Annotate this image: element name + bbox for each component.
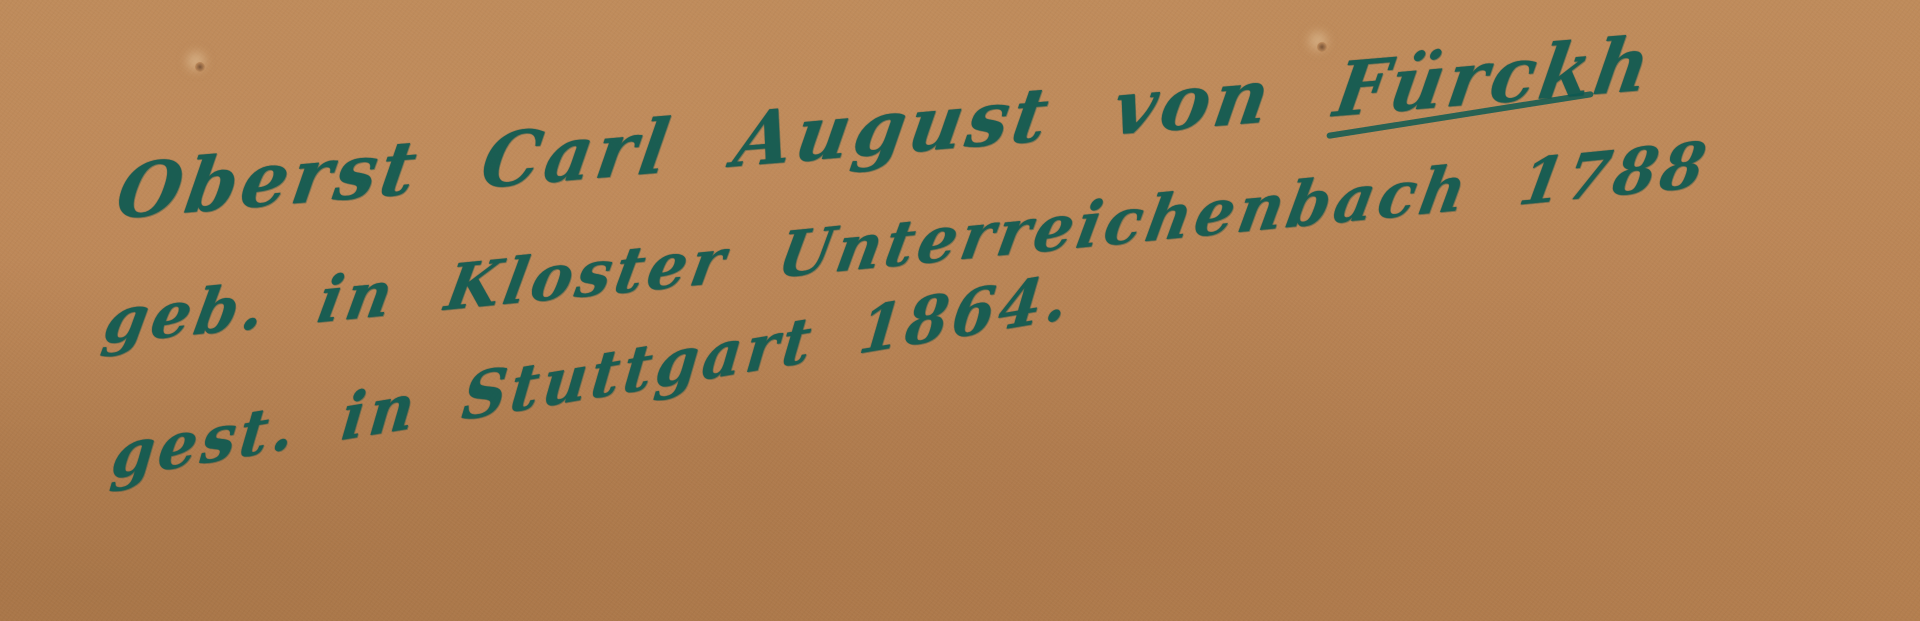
pin-hole-mark [195,62,205,72]
paper-sheet: Oberst Carl August von Fürckh geb. in Kl… [0,0,1920,621]
